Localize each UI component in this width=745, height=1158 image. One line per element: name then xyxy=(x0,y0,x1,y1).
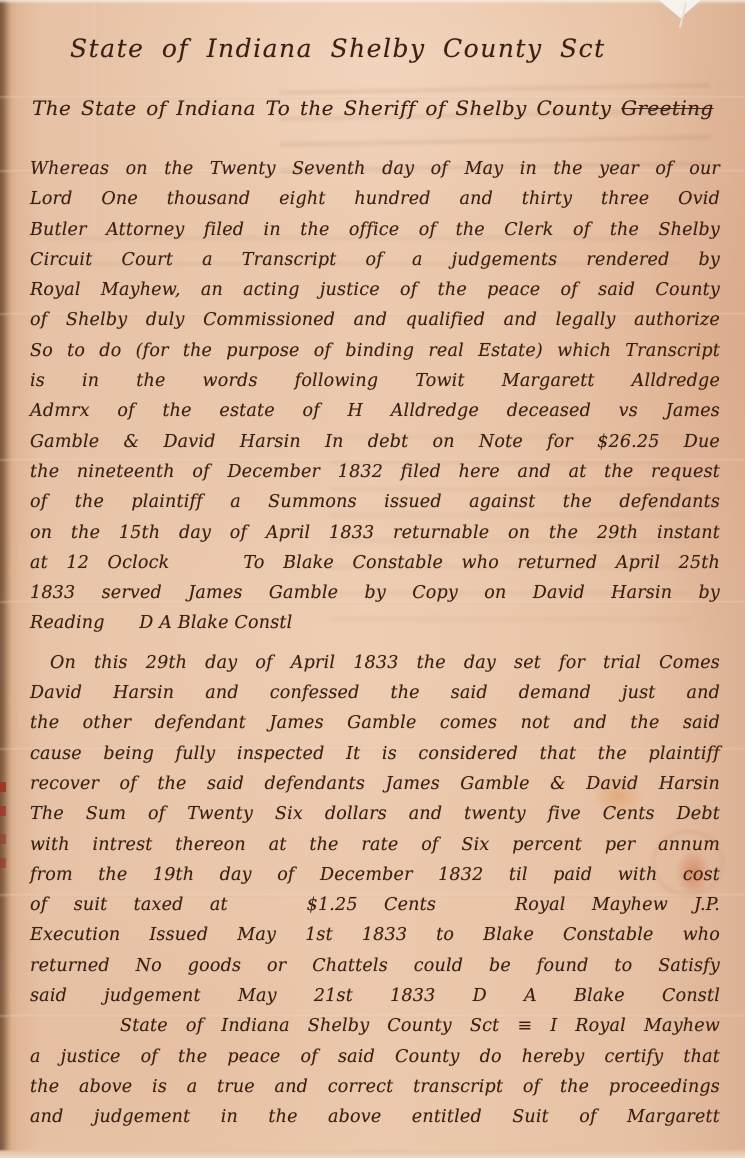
text-line: On this 29th day of April 1833 the day s… xyxy=(30,648,720,678)
text-line: Gamble & David Harsin In debt on Note fo… xyxy=(30,427,720,457)
text-line: at 12 Oclock To Blake Constable who retu… xyxy=(30,548,720,578)
edge-marks xyxy=(0,782,6,792)
text-line: Admrx of the estate of H Alldredge decea… xyxy=(30,396,720,426)
paper-top-edge xyxy=(0,0,745,4)
text-line: from the 19th day of December 1832 til p… xyxy=(30,860,720,890)
text-line: the above is a true and correct transcri… xyxy=(30,1072,720,1102)
text-line: recover of the said defendants James Gam… xyxy=(30,769,720,799)
text-line: cause being fully inspected It is consid… xyxy=(30,739,720,769)
text-line: Whereas on the Twenty Seventh day of May… xyxy=(30,154,720,184)
text-line: with intrest thereon at the rate of Six … xyxy=(30,830,720,860)
text-line: State of Indiana Shelby County Sct ≡ I R… xyxy=(30,1011,720,1041)
text-line: 1833 served James Gamble by Copy on Davi… xyxy=(30,578,720,608)
text-line: Execution Issued May 1st 1833 to Blake C… xyxy=(30,920,720,950)
text-line: David Harsin and confessed the said dema… xyxy=(30,678,720,708)
text-line: a justice of the peace of said County do… xyxy=(30,1042,720,1072)
binding-edge xyxy=(0,0,11,1158)
text-line: of the plaintiff a Summons issued agains… xyxy=(30,487,720,517)
text-line: So to do (for the purpose of binding rea… xyxy=(30,336,720,366)
text-line: Circuit Court a Transcript of a judgemen… xyxy=(30,245,720,275)
paragraph-whereas: Whereas on the Twenty Seventh day of May… xyxy=(30,154,720,639)
text-line: of Shelby duly Commissioned and qualifie… xyxy=(30,305,720,335)
text-line: the other defendant James Gamble comes n… xyxy=(30,708,720,738)
paragraph-certification: State of Indiana Shelby County Sct ≡ I R… xyxy=(30,1011,720,1132)
text-line: the nineteenth of December 1832 filed he… xyxy=(30,457,720,487)
document-title: State of Indiana Shelby County Sct xyxy=(70,34,720,63)
text-line: on the 15th day of April 1833 returnable… xyxy=(30,518,720,548)
paragraph-judgment: On this 29th day of April 1833 the day s… xyxy=(30,648,720,1012)
text-line: is in the words following Towit Margaret… xyxy=(30,366,720,396)
text-line: Butler Attorney filed in the office of t… xyxy=(30,215,720,245)
text-line: The Sum of Twenty Six dollars and twenty… xyxy=(30,799,720,829)
paper-bottom-edge xyxy=(0,1149,745,1158)
salutation-line: The State of Indiana To the Sheriff of S… xyxy=(32,96,720,120)
text-line: said judgement May 21st 1833 D A Blake C… xyxy=(30,981,720,1011)
text-line: Royal Mayhew, an acting justice of the p… xyxy=(30,275,720,305)
text-line: of suit taxed at $1.25 Cents Royal Mayhe… xyxy=(30,890,720,920)
manuscript-page: State of Indiana Shelby County Sct The S… xyxy=(0,0,745,1158)
text-line: returned No goods or Chattels could be f… xyxy=(30,951,720,981)
text-line: Lord One thousand eight hundred and thir… xyxy=(30,184,720,214)
salutation-text: The State of Indiana To the Sheriff of S… xyxy=(32,96,621,120)
text-line: and judgement in the above entitled Suit… xyxy=(30,1102,720,1132)
document-content: State of Indiana Shelby County Sct The S… xyxy=(30,26,720,1133)
salutation-greeting-word: Greeting xyxy=(621,96,714,120)
text-line: Reading D A Blake Constl xyxy=(30,608,720,638)
